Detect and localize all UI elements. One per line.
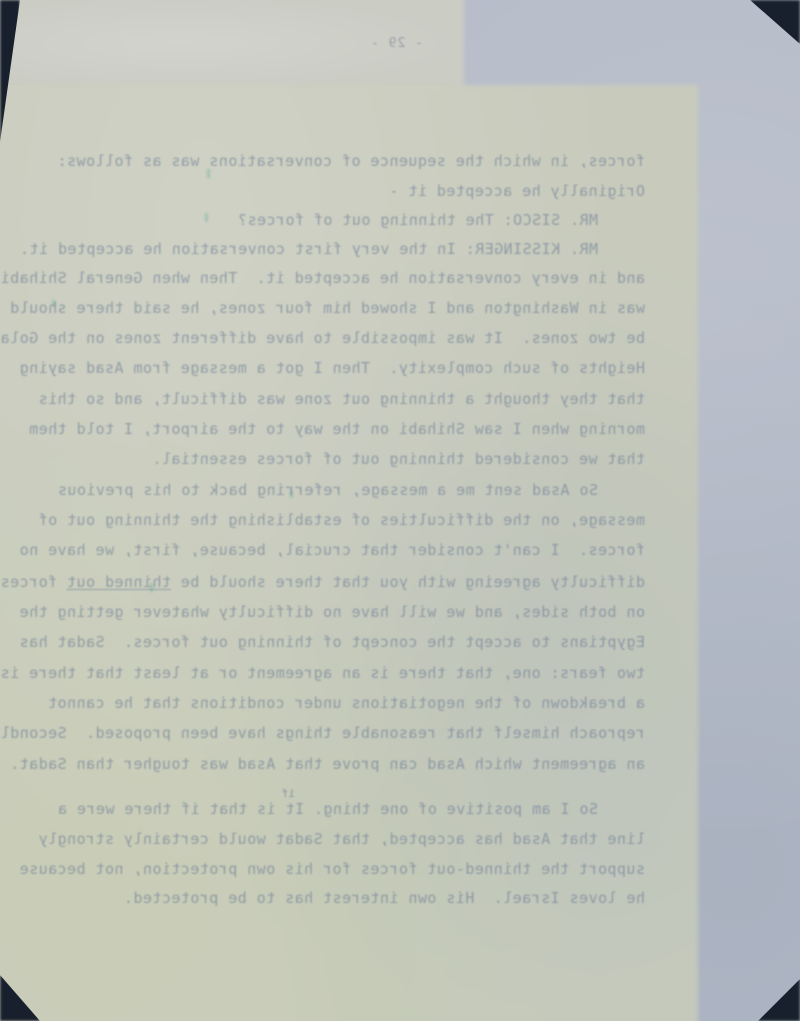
typewritten-line: So Asad sent me a message, referring bac… (58, 480, 598, 501)
typewritten-line: MR. SISCO: The thinning out of forces? (238, 210, 598, 231)
typewritten-line: and in every conversation he accepted it… (0, 268, 645, 289)
typewritten-line: morning when I saw Shihabi on the way to… (29, 419, 645, 440)
typewritten-line: support the thinned-out forces for his o… (19, 859, 645, 880)
mirrored-text-layer: - 29 - forces, in which the sequence of … (0, 0, 800, 1021)
typewritten-line: two fears: one, that there is an agreeme… (0, 663, 645, 684)
typewritten-line: was in Washington and I showed him four … (10, 298, 645, 319)
typewritten-line: difficulty agreeing with you that there … (0, 572, 645, 593)
typewritten-line: forces. I can't consider that crucial, b… (19, 540, 645, 561)
page-number: - 29 - (370, 36, 423, 51)
typewritten-line: an agreement which Asad can prove that A… (10, 754, 645, 775)
typewritten-line: that we considered thinning out of force… (152, 449, 645, 470)
typewritten-line: message, on the difficulties of establis… (38, 510, 645, 531)
typewritten-line: a breakdown of the negotiations under co… (48, 693, 645, 714)
typewritten-line: reproach himself that reasonable things … (0, 723, 645, 744)
typewritten-line: Heights of such complexity. Then I got a… (19, 358, 645, 379)
typewritten-line: on both sides, and we will have no diffi… (19, 602, 645, 623)
typed-insertion: if (282, 787, 295, 800)
typewritten-line: Egyptians to accept the concept of thinn… (19, 632, 645, 653)
typewritten-line: be two zones. It was impossible to have … (0, 328, 645, 349)
typewritten-line: forces, in which the sequence of convers… (57, 151, 645, 172)
typewritten-line: line that Asad has accepted, that Sadat … (38, 829, 645, 850)
typewritten-line: he loves Israel. His own interest has to… (124, 888, 645, 909)
typewritten-line: So I am positive of one thing. It is tha… (58, 799, 598, 820)
typewritten-line: Originally he accepted it - (389, 181, 645, 202)
typewritten-line: that they thought a thinning out zone wa… (38, 389, 645, 410)
typewritten-line: MR. KISSINGER: In the very first convers… (20, 239, 598, 260)
scanned-page: - 29 - forces, in which the sequence of … (0, 0, 800, 1021)
